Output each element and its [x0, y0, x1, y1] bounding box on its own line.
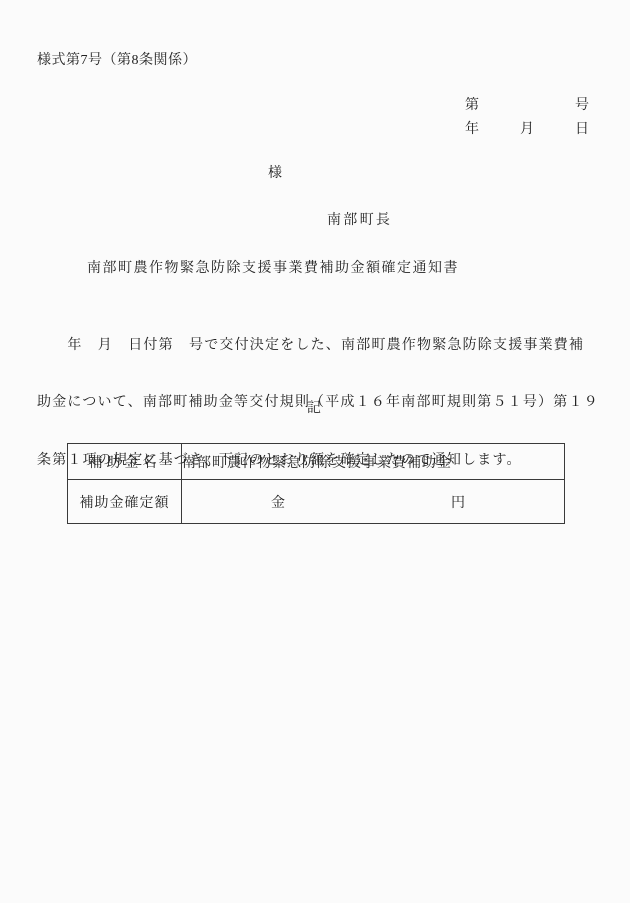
date-line: 年 月 日: [465, 122, 589, 138]
document-title: 南部町農作物緊急防除支援事業費補助金額確定通知書: [87, 261, 459, 277]
document-number-line: 第 号: [465, 98, 589, 114]
amount-prefix-label: 金: [271, 492, 285, 512]
body-line-1: 年 月 日付第 号で交付決定をした、南部町農作物緊急防除支援事業費補: [37, 333, 617, 358]
confirmed-amount-value: 金 円: [182, 492, 564, 512]
doc-number-suffix: 号: [575, 98, 589, 114]
subsidy-name-value: 南部町農作物緊急防除支援事業費補助金: [182, 444, 565, 480]
table-row-subsidy-name: 補助金名 南部町農作物緊急防除支援事業費補助金: [68, 444, 565, 480]
sender-name: 南部町長: [327, 213, 392, 229]
form-number-label: 様式第7号（第8条関係）: [37, 53, 197, 69]
document-page: 様式第7号（第8条関係） 第 号 年 月 日 様 南部町長 南部町農作物緊急防除…: [0, 0, 630, 903]
amount-unit-label: 円: [451, 492, 465, 512]
table-row-confirmed-amount: 補助金確定額 金 円: [68, 480, 565, 524]
addressee-honorific: 様: [268, 166, 282, 182]
confirmed-amount-cell: 金 円: [182, 480, 565, 524]
date-year-label: 年: [465, 122, 479, 138]
subsidy-name-label: 補助金名: [68, 444, 182, 480]
date-month-label: 月: [520, 122, 534, 138]
subsidy-table: 補助金名 南部町農作物緊急防除支援事業費補助金 補助金確定額 金 円: [67, 443, 565, 524]
date-day-label: 日: [575, 122, 589, 138]
doc-number-prefix: 第: [465, 98, 479, 114]
record-heading: 記: [0, 401, 628, 417]
confirmed-amount-label: 補助金確定額: [68, 480, 182, 524]
